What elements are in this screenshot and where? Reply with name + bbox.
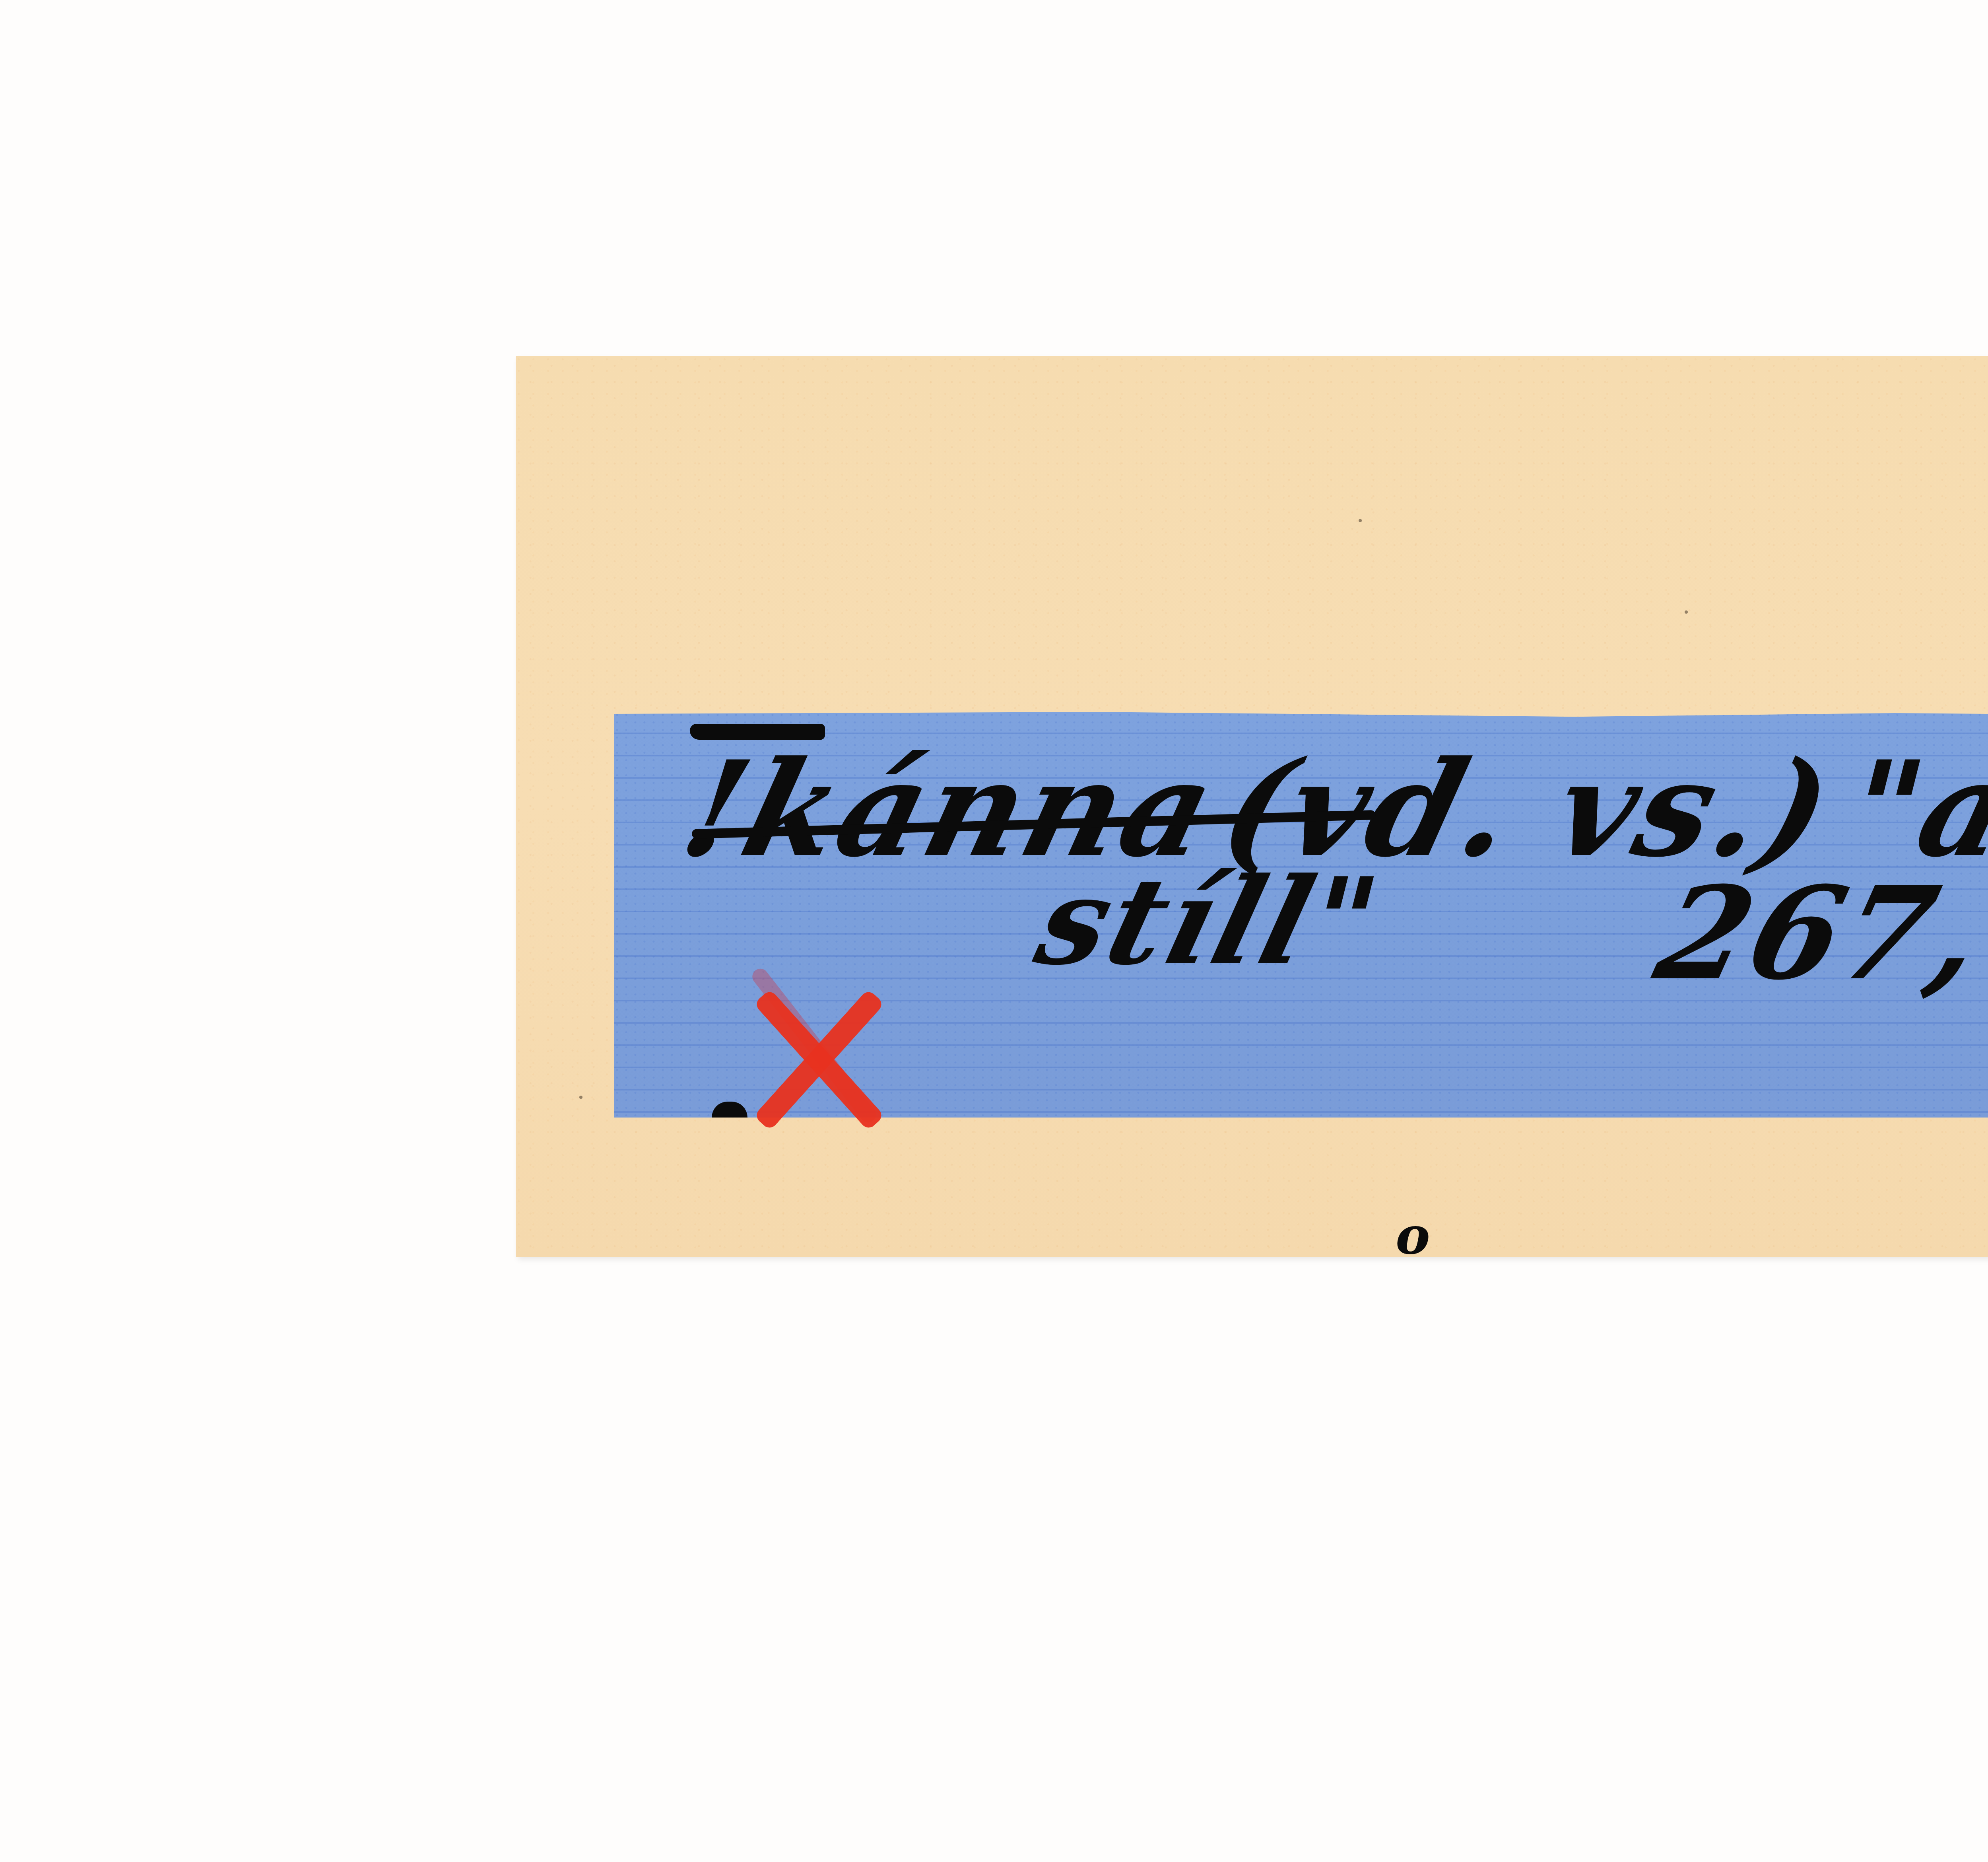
gloss-close: stíll" bbox=[1024, 851, 1394, 991]
paper-speck bbox=[579, 1096, 582, 1099]
paper-speck bbox=[1685, 610, 1688, 614]
citation: 267, 7. bbox=[1643, 859, 1988, 1008]
bottom-ink-mark: o bbox=[1396, 1205, 1430, 1266]
paper-speck bbox=[1359, 519, 1362, 522]
red-cross-mark-icon bbox=[747, 994, 891, 1125]
